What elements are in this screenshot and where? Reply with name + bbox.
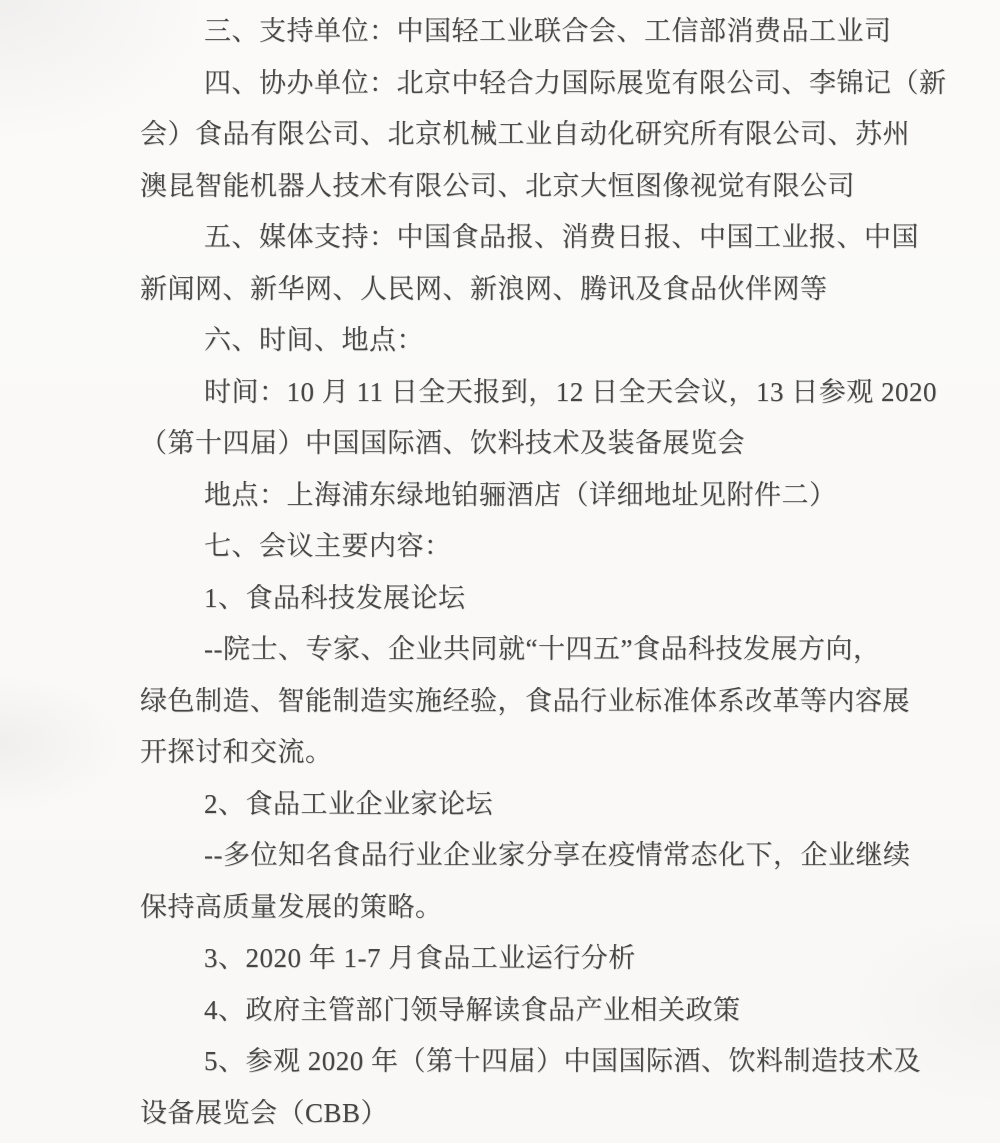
- doc-line-item5-2: 设备展览会（CBB）: [140, 1088, 910, 1140]
- doc-line-time-2: （第十四届）中国国际酒、饮料技术及装备展览会: [140, 418, 910, 470]
- doc-line-time-1: 时间：10 月 11 日全天报到，12 日全天会议，13 日参观 2020: [140, 367, 910, 419]
- doc-line-time-place-heading: 六、时间、地点：: [140, 315, 910, 367]
- doc-line-support-units: 三、支持单位：中国轻工业联合会、工信部消费品工业司: [140, 6, 910, 58]
- doc-line-item2-desc-1: --多位知名食品行业企业家分享在疫情常态化下，企业继续: [140, 830, 910, 882]
- doc-line-coorganizers-2: 会）食品有限公司、北京机械工业自动化研究所有限公司、苏州: [140, 109, 910, 161]
- doc-line-coorganizers-1: 四、协办单位：北京中轻合力国际展览有限公司、李锦记（新: [140, 58, 910, 110]
- doc-line-item5-1: 5、参观 2020 年（第十四届）中国国际酒、饮料制造技术及: [140, 1036, 910, 1088]
- doc-line-item2-desc-2: 保持高质量发展的策略。: [140, 882, 910, 934]
- doc-line-item1-title: 1、食品科技发展论坛: [140, 573, 910, 625]
- doc-line-media-support-2: 新闻网、新华网、人民网、新浪网、腾讯及食品伙伴网等: [140, 264, 910, 316]
- doc-line-place: 地点：上海浦东绿地铂骊酒店（详细地址见附件二）: [140, 470, 910, 522]
- doc-line-agenda-heading: 七、会议主要内容：: [140, 521, 910, 573]
- doc-line-coorganizers-3: 澳昆智能机器人技术有限公司、北京大恒图像视觉有限公司: [140, 161, 910, 213]
- doc-line-item3: 3、2020 年 1-7 月食品工业运行分析: [140, 933, 910, 985]
- doc-line-item2-title: 2、食品工业企业家论坛: [140, 779, 910, 831]
- doc-line-item1-desc-1: --院士、专家、企业共同就“十四五”食品科技发展方向，: [140, 624, 910, 676]
- document-page: 三、支持单位：中国轻工业联合会、工信部消费品工业司 四、协办单位：北京中轻合力国…: [0, 0, 1000, 1143]
- doc-line-media-support-1: 五、媒体支持：中国食品报、消费日报、中国工业报、中国: [140, 212, 910, 264]
- doc-line-item1-desc-2: 绿色制造、智能制造实施经验，食品行业标准体系改革等内容展: [140, 676, 910, 728]
- doc-line-item4: 4、政府主管部门领导解读食品产业相关政策: [140, 985, 910, 1037]
- doc-line-item1-desc-3: 开探讨和交流。: [140, 727, 910, 779]
